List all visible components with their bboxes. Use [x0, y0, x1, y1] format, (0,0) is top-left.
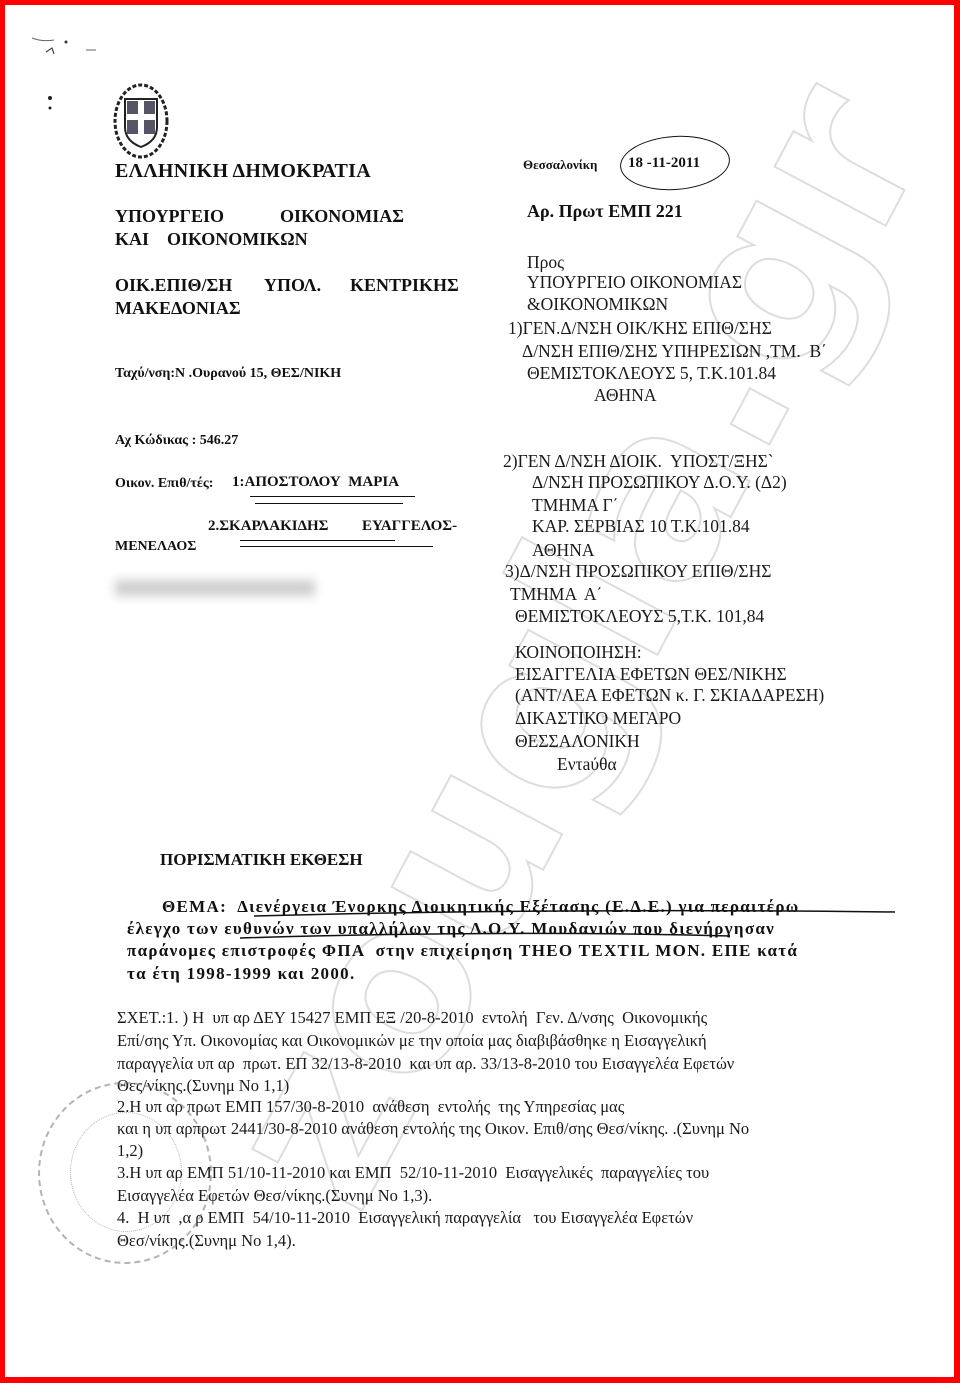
recipients-line: Δ/ΝΣΗ ΠΡΟΣΩΠΙΚΟΥ Δ.Ο.Υ. (Δ2)	[532, 472, 787, 493]
underline	[240, 546, 433, 547]
recipients-line: ΘΕΜΙΣΤΟΚΛΕΟΥΣ 5, Τ.Κ.101.84	[527, 363, 776, 384]
recipients-line: Δ/ΝΣΗ ΕΠΙΘ/ΣΗΣ ΥΠΗΡΕΣΙΩΝ ,ΤΜ. Β΄	[522, 341, 827, 362]
to-label: Προς	[527, 252, 564, 273]
refs-line: 2.Η υπ αρ πρωτ ΕΜΠ 157/30-8-2010 ανάθεση…	[117, 1097, 624, 1117]
cc-line: Εντaύθα	[557, 754, 617, 775]
redacted-phone	[115, 580, 315, 596]
official-stamp-inner	[70, 1112, 182, 1232]
dept-line-2: ΜΑΚΕΔΟΝΙΑΣ	[115, 298, 241, 319]
ministry-word-2: ΟΙΚΟΝΟΜΙΑΣ	[280, 206, 404, 227]
greek-coat-of-arms-icon	[113, 83, 169, 159]
underline	[250, 496, 415, 497]
cc-line: ΕΙΣΑΓΓΕΛΙΑ ΕΦΕΤΩΝ ΘΕΣ/ΝΙΚΗΣ	[515, 664, 787, 685]
recipients-line: &ΟΙΚΟΝΟΜΙΚΩΝ	[527, 294, 668, 315]
ministry-line-2: ΚΑΙ ΟΙΚΟΝΟΜΙΚΩΝ	[115, 229, 308, 250]
cc-line: ΔΙΚΑΣΤΙΚΟ ΜΕΓΑΡΟ	[515, 708, 681, 729]
recipients-line: ΤΜΗΜΑ Γ΄	[532, 495, 618, 516]
scan-specks	[30, 30, 110, 110]
refs-line: Επί/σης Υπ. Οικονομίας και Οικονομικών μ…	[117, 1031, 707, 1051]
inspector-2-middle: ΕΥΑΓΓΕΛΟΣ-	[362, 518, 457, 535]
inspectors-label: Οικον. Επιθ/τές:	[115, 476, 213, 492]
report-title: ΠΟΡΙΣΜΑΤΙΚΗ ΕΚΘΕΣΗ	[160, 850, 363, 870]
city: Θεσσαλονίκη	[523, 157, 597, 173]
recipients-line: ΤΜΗΜΑ Α΄	[510, 584, 602, 605]
recipients-line: ΑΘΗΝΑ	[594, 385, 656, 406]
cc-line: (ΑΝΤ/ΛΕΑ ΕΦΕΤΩΝ κ. Γ. ΣΚΙΑΔΑΡΕΣΗ)	[515, 685, 824, 706]
inspector-2-first: 2.ΣΚΑΡΛΑΚΙΔΗΣ	[208, 518, 328, 535]
inspector-2-last: ΜΕΝΕΛΑΟΣ	[115, 539, 196, 555]
underline	[240, 540, 395, 541]
cc-line: ΘΕΣΣΑΛΟΝΙΚΗ	[515, 731, 640, 752]
recipients-line: 3)Δ/ΝΣΗ ΠΡΟΣΩΠΙΚΟΥ ΕΠΙΘ/ΣΗΣ	[505, 561, 771, 582]
protocol-number: Αρ. Πρωτ ΕΜΠ 221	[527, 201, 683, 222]
recipients-line: ΑΘΗΝΑ	[532, 540, 594, 561]
refs-line: και η υπ αρπρωτ 2441/30-8-2010 ανάθεση ε…	[117, 1119, 749, 1139]
dept-word-3: ΚΕΝΤΡΙΚΗΣ	[350, 275, 459, 296]
recipients-line: 1)ΓΕΝ.Δ/ΝΣΗ ΟΙΚ/ΚΗΣ ΕΠΙΘ/ΣΗΣ	[508, 318, 772, 339]
dept-word-2: ΥΠΟΛ.	[264, 275, 321, 296]
refs-line: ΣΧΕΤ.:1. ) Η υπ αρ ΔΕΥ 15427 ΕΜΠ ΕΞ /20-…	[117, 1008, 707, 1028]
recipients-line: 2)ΓΕΝ Δ/ΝΣΗ ΔΙΟΙΚ. ΥΠΟΣΤ/ΞΗΣ`	[503, 451, 774, 472]
ministry-word-1: ΥΠΟΥΡΓΕΙΟ	[115, 206, 224, 227]
subject-line: τα έτη 1998-1999 και 2000.	[127, 964, 356, 984]
recipients-line: ΚΑΡ. ΣΕΡΒΙΑΣ 10 Τ.Κ.101.84	[532, 516, 750, 537]
subject-handwritten-underline	[240, 900, 900, 950]
postal-code: Αχ Κώδικας : 546.27	[115, 433, 238, 449]
sender-address: Ταχύ/νση:Ν .Ουρανού 15, ΘΕΣ/ΝΙΚΗ	[115, 366, 341, 382]
recipients-line: ΥΠΟΥΡΓΕΙΟ ΟΙΚΟΝΟΜΙΑΣ	[527, 272, 742, 293]
date: 18 -11-2011	[628, 155, 700, 172]
dept-word-1: ΟΙΚ.ΕΠΙΘ/ΣΗ	[115, 275, 232, 296]
country-name: ΕΛΛΗΝΙΚΗ ΔΗΜΟΚΡΑΤΙΑ	[115, 160, 371, 183]
underline	[255, 503, 403, 504]
refs-line: παραγγελία υπ αρ πρωτ. ΕΠ 32/13-8-2010 κ…	[117, 1054, 734, 1074]
cc-line: ΚΟΙΝΟΠΟΙΗΣΗ:	[515, 642, 642, 663]
inspector-1: 1:ΑΠΟΣΤΟΛΟΥ ΜΑΡΙΑ	[232, 474, 399, 491]
recipients-line: ΘΕΜΙΣΤΟΚΛΕΟΥΣ 5,Τ.Κ. 101,84	[515, 606, 764, 627]
